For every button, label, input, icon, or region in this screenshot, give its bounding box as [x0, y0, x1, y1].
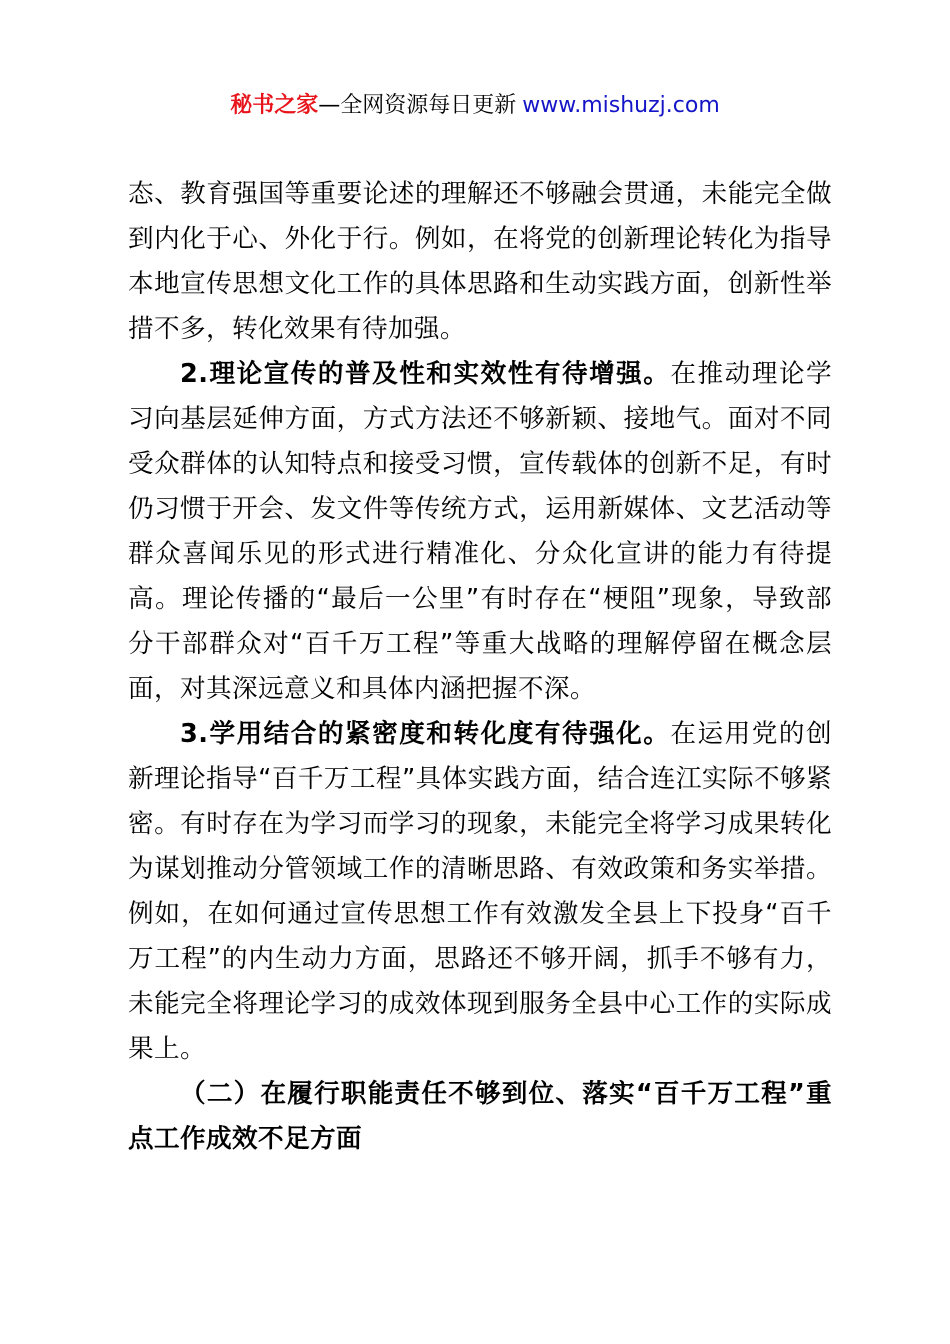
paragraph-text: 在推动理论学习向基层延伸方面，方式方法还不够新颖、接地气。面对不同受众群体的认知… — [128, 359, 832, 704]
header-slogan: —全网资源每日更新 — [318, 93, 516, 118]
document-body: 态、教育强国等重要论述的理解还不够融会贯通，未能完全做到内化于心、外化于行。例如… — [128, 172, 832, 1162]
brand-name: 秘书之家 — [230, 93, 318, 118]
paragraph-item-3: 3.学用结合的紧密度和转化度有待强化。在运用党的创新理论指导“百千万工程”具体实… — [128, 712, 832, 1072]
paragraph-continuation: 态、教育强国等重要论述的理解还不够融会贯通，未能完全做到内化于心、外化于行。例如… — [128, 172, 832, 352]
paragraph-text: 在运用党的创新理论指导“百千万工程”具体实践方面，结合连江实际不够紧密。有时存在… — [128, 719, 832, 1064]
paragraph-item-2: 2.理论宣传的普及性和实效性有待增强。在推动理论学习向基层延伸方面，方式方法还不… — [128, 352, 832, 712]
item-2-heading: 2.理论宣传的普及性和实效性有待增强。 — [180, 359, 670, 389]
item-3-heading: 3.学用结合的紧密度和转化度有待强化。 — [180, 719, 670, 749]
section-heading: （二）在履行职能责任不够到位、落实“百千万工程”重点工作成效不足方面 — [128, 1072, 832, 1162]
page-header: 秘书之家—全网资源每日更新www.mishuzj.com — [0, 86, 950, 126]
paragraph-text: 态、教育强国等重要论述的理解还不够融会贯通，未能完全做到内化于心、外化于行。例如… — [128, 179, 832, 344]
site-url-link[interactable]: www.mishuzj.com — [522, 93, 719, 118]
